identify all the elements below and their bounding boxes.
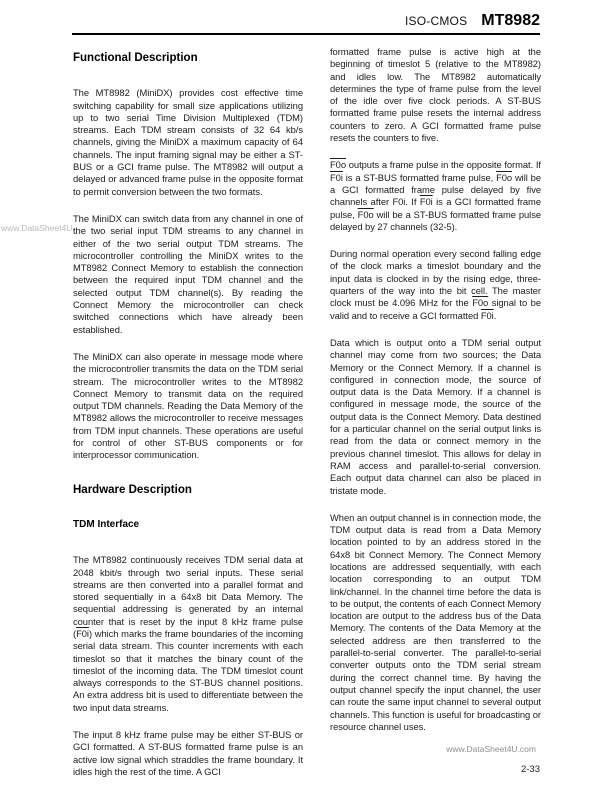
text-segment: is a ST-BUS formatted frame pulse, [343,172,496,183]
datasheet-page: ISO-CMOS MT8982 www.DataSheet4U.com Func… [0,0,612,792]
paragraph-tdm-2: The input 8 kHz frame pulse may be eithe… [73,729,303,778]
subsection-heading-tdm-interface: TDM Interface [73,519,303,531]
text-segment: The MT8982 continuously receives TDM ser… [73,554,303,639]
page-header: ISO-CMOS MT8982 [405,12,540,30]
overlined-signal-name: F0o [472,297,488,308]
section-heading-functional-description: Functional Description [73,52,303,64]
paragraph-right-2: F0o outputs a frame pulse in the opposit… [330,159,541,233]
left-column: Functional Description The MT8982 (MiniD… [73,52,303,792]
product-family-label: ISO-CMOS [405,14,467,28]
text-segment: formatted frame pulse is active high at … [330,46,541,143]
overlined-signal-name: F0i [481,310,494,321]
paragraph-right-5: When an output channel is in connection … [330,512,541,733]
text-segment: outputs a frame pulse in the opposite fo… [346,159,541,170]
part-number-label: MT8982 [481,12,540,30]
paragraph-tdm-1: The MT8982 continuously receives TDM ser… [73,554,303,714]
overlined-signal-name: F0i [420,196,433,207]
paragraph-right-3: During normal operation every second fal… [330,248,541,322]
text-segment: ) which marks the frame boundaries of th… [73,628,303,713]
paragraph-right-1: formatted frame pulse is active high at … [330,46,541,144]
section-heading-hardware-description: Hardware Description [73,484,303,496]
text-segment: Data which is output onto a TDM serial o… [330,337,541,496]
overlined-signal-name: F0i [76,628,89,639]
paragraph-functional-1: The MT8982 (MiniDX) provides cost effect… [73,87,303,198]
text-segment: The MiniDX can also operate in message m… [73,351,303,460]
text-segment: When an output channel is in connection … [330,512,541,732]
side-watermark: www.DataSheet4U.com [1,223,75,233]
text-segment: The MT8982 (MiniDX) provides cost effect… [73,87,303,196]
text-segment: The input 8 kHz frame pulse may be eithe… [73,729,303,777]
overlined-signal-name: F0o [496,172,512,183]
overlined-signal-name: F0i [330,172,343,183]
overlined-signal-name: F0o [358,209,374,220]
page-number: 2-33 [521,764,540,775]
text-segment: The MiniDX can switch data from any chan… [73,213,303,335]
paragraph-functional-3: The MiniDX can also operate in message m… [73,351,303,462]
header-rule [72,33,540,35]
paragraph-right-4: Data which is output onto a TDM serial o… [330,337,541,497]
paragraph-functional-2: The MiniDX can switch data from any chan… [73,213,303,336]
overlined-signal-name: F0o [330,159,346,170]
text-segment: . [494,310,497,321]
right-column: formatted frame pulse is active high at … [330,46,541,748]
footer-watermark: www.DataSheet4U.com [446,744,536,754]
